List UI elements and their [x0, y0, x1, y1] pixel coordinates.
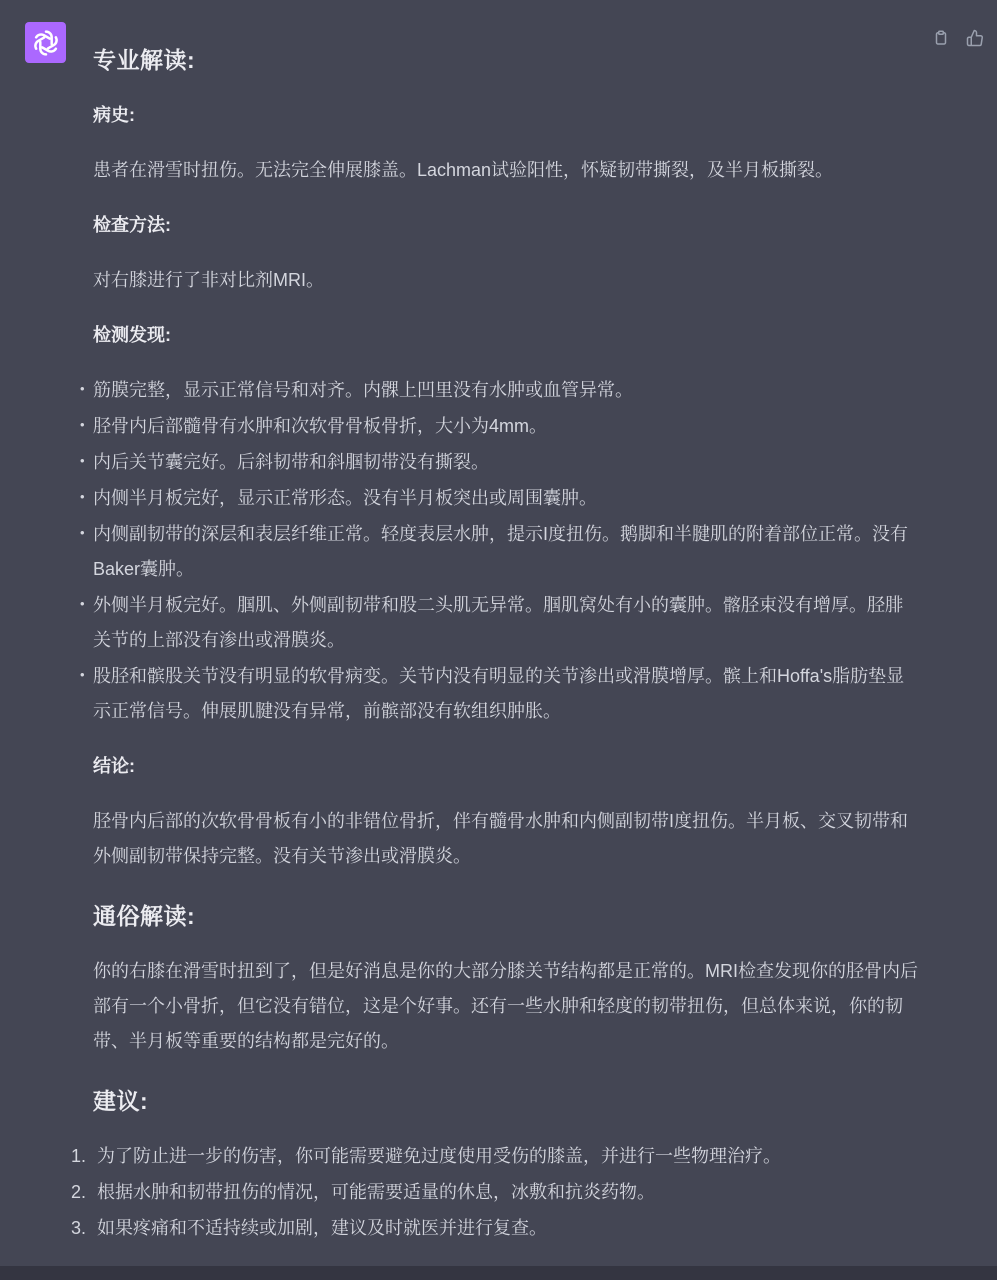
suggestion-number: 3. — [71, 1211, 86, 1246]
suggestion-number: 2. — [71, 1175, 86, 1210]
suggestion-number: 1. — [71, 1139, 86, 1174]
thumbs-up-button[interactable] — [965, 28, 985, 48]
findings-list: 筋膜完整，显示正常信号和对齐。内髁上凹里没有水肿或血管异常。 胫骨内后部髓骨有水… — [93, 373, 919, 729]
history-label: 病史: — [93, 98, 919, 133]
next-row-divider — [0, 1266, 997, 1273]
suggestions-list: 1.为了防止进一步的伤害，你可能需要避免过度使用受伤的膝盖，并进行一些物理治疗。… — [93, 1139, 919, 1246]
method-label: 检查方法: — [93, 208, 919, 243]
assistant-avatar — [25, 22, 66, 63]
suggestion-item: 1.为了防止进一步的伤害，你可能需要避免过度使用受伤的膝盖，并进行一些物理治疗。 — [93, 1139, 919, 1174]
conclusion-text: 胫骨内后部的次软骨骨板有小的非错位骨折，伴有髓骨水肿和内侧副韧带I度扭伤。半月板… — [93, 804, 919, 874]
conclusion-label: 结论: — [93, 749, 919, 784]
history-text: 患者在滑雪时扭伤。无法完全伸展膝盖。Lachman试验阳性，怀疑韧带撕裂，及半月… — [93, 153, 919, 188]
thumbs-up-icon — [966, 29, 984, 47]
assistant-message-row: 专业解读: 病史: 患者在滑雪时扭伤。无法完全伸展膝盖。Lachman试验阳性，… — [0, 0, 997, 1273]
finding-item: 筋膜完整，显示正常信号和对齐。内髁上凹里没有水肿或血管异常。 — [93, 373, 919, 408]
suggestion-item: 2.根据水肿和韧带扭伤的情况，可能需要适量的休息，冰敷和抗炎药物。 — [93, 1175, 919, 1210]
finding-item: 内侧副韧带的深层和表层纤维正常。轻度表层水肿，提示I度扭伤。鹅脚和半腱肌的附着部… — [93, 517, 919, 587]
section-title-professional: 专业解读: — [93, 44, 919, 76]
suggestion-text: 如果疼痛和不适持续或加剧，建议及时就医并进行复查。 — [97, 1218, 547, 1238]
findings-label: 检测发现: — [93, 318, 919, 353]
suggestion-text: 根据水肿和韧带扭伤的情况，可能需要适量的休息，冰敷和抗炎药物。 — [97, 1182, 655, 1202]
section-title-suggestions: 建议: — [93, 1085, 919, 1117]
finding-item: 内侧半月板完好，显示正常形态。没有半月板突出或周围囊肿。 — [93, 481, 919, 516]
message-actions — [931, 28, 985, 48]
copy-button[interactable] — [931, 28, 951, 48]
finding-item: 外侧半月板完好。腘肌、外侧副韧带和股二头肌无异常。腘肌窝处有小的囊肿。髂胫束没有… — [93, 588, 919, 658]
message-content: 专业解读: 病史: 患者在滑雪时扭伤。无法完全伸展膝盖。Lachman试验阳性，… — [93, 44, 919, 1266]
finding-item: 股胫和髌股关节没有明显的软骨病变。关节内没有明显的关节渗出或滑膜增厚。髌上和Ho… — [93, 659, 919, 729]
suggestion-item: 3.如果疼痛和不适持续或加剧，建议及时就医并进行复查。 — [93, 1211, 919, 1246]
layman-text: 你的右膝在滑雪时扭到了，但是好消息是你的大部分膝关节结构都是正常的。MRI检查发… — [93, 954, 919, 1059]
finding-item: 内后关节囊完好。后斜韧带和斜腘韧带没有撕裂。 — [93, 445, 919, 480]
copy-icon — [932, 29, 950, 47]
openai-logo-icon — [31, 28, 61, 58]
method-text: 对右膝进行了非对比剂MRI。 — [93, 263, 919, 298]
finding-item: 胫骨内后部髓骨有水肿和次软骨骨板骨折，大小为4mm。 — [93, 409, 919, 444]
suggestion-text: 为了防止进一步的伤害，你可能需要避免过度使用受伤的膝盖，并进行一些物理治疗。 — [97, 1146, 781, 1166]
section-title-layman: 通俗解读: — [93, 900, 919, 932]
